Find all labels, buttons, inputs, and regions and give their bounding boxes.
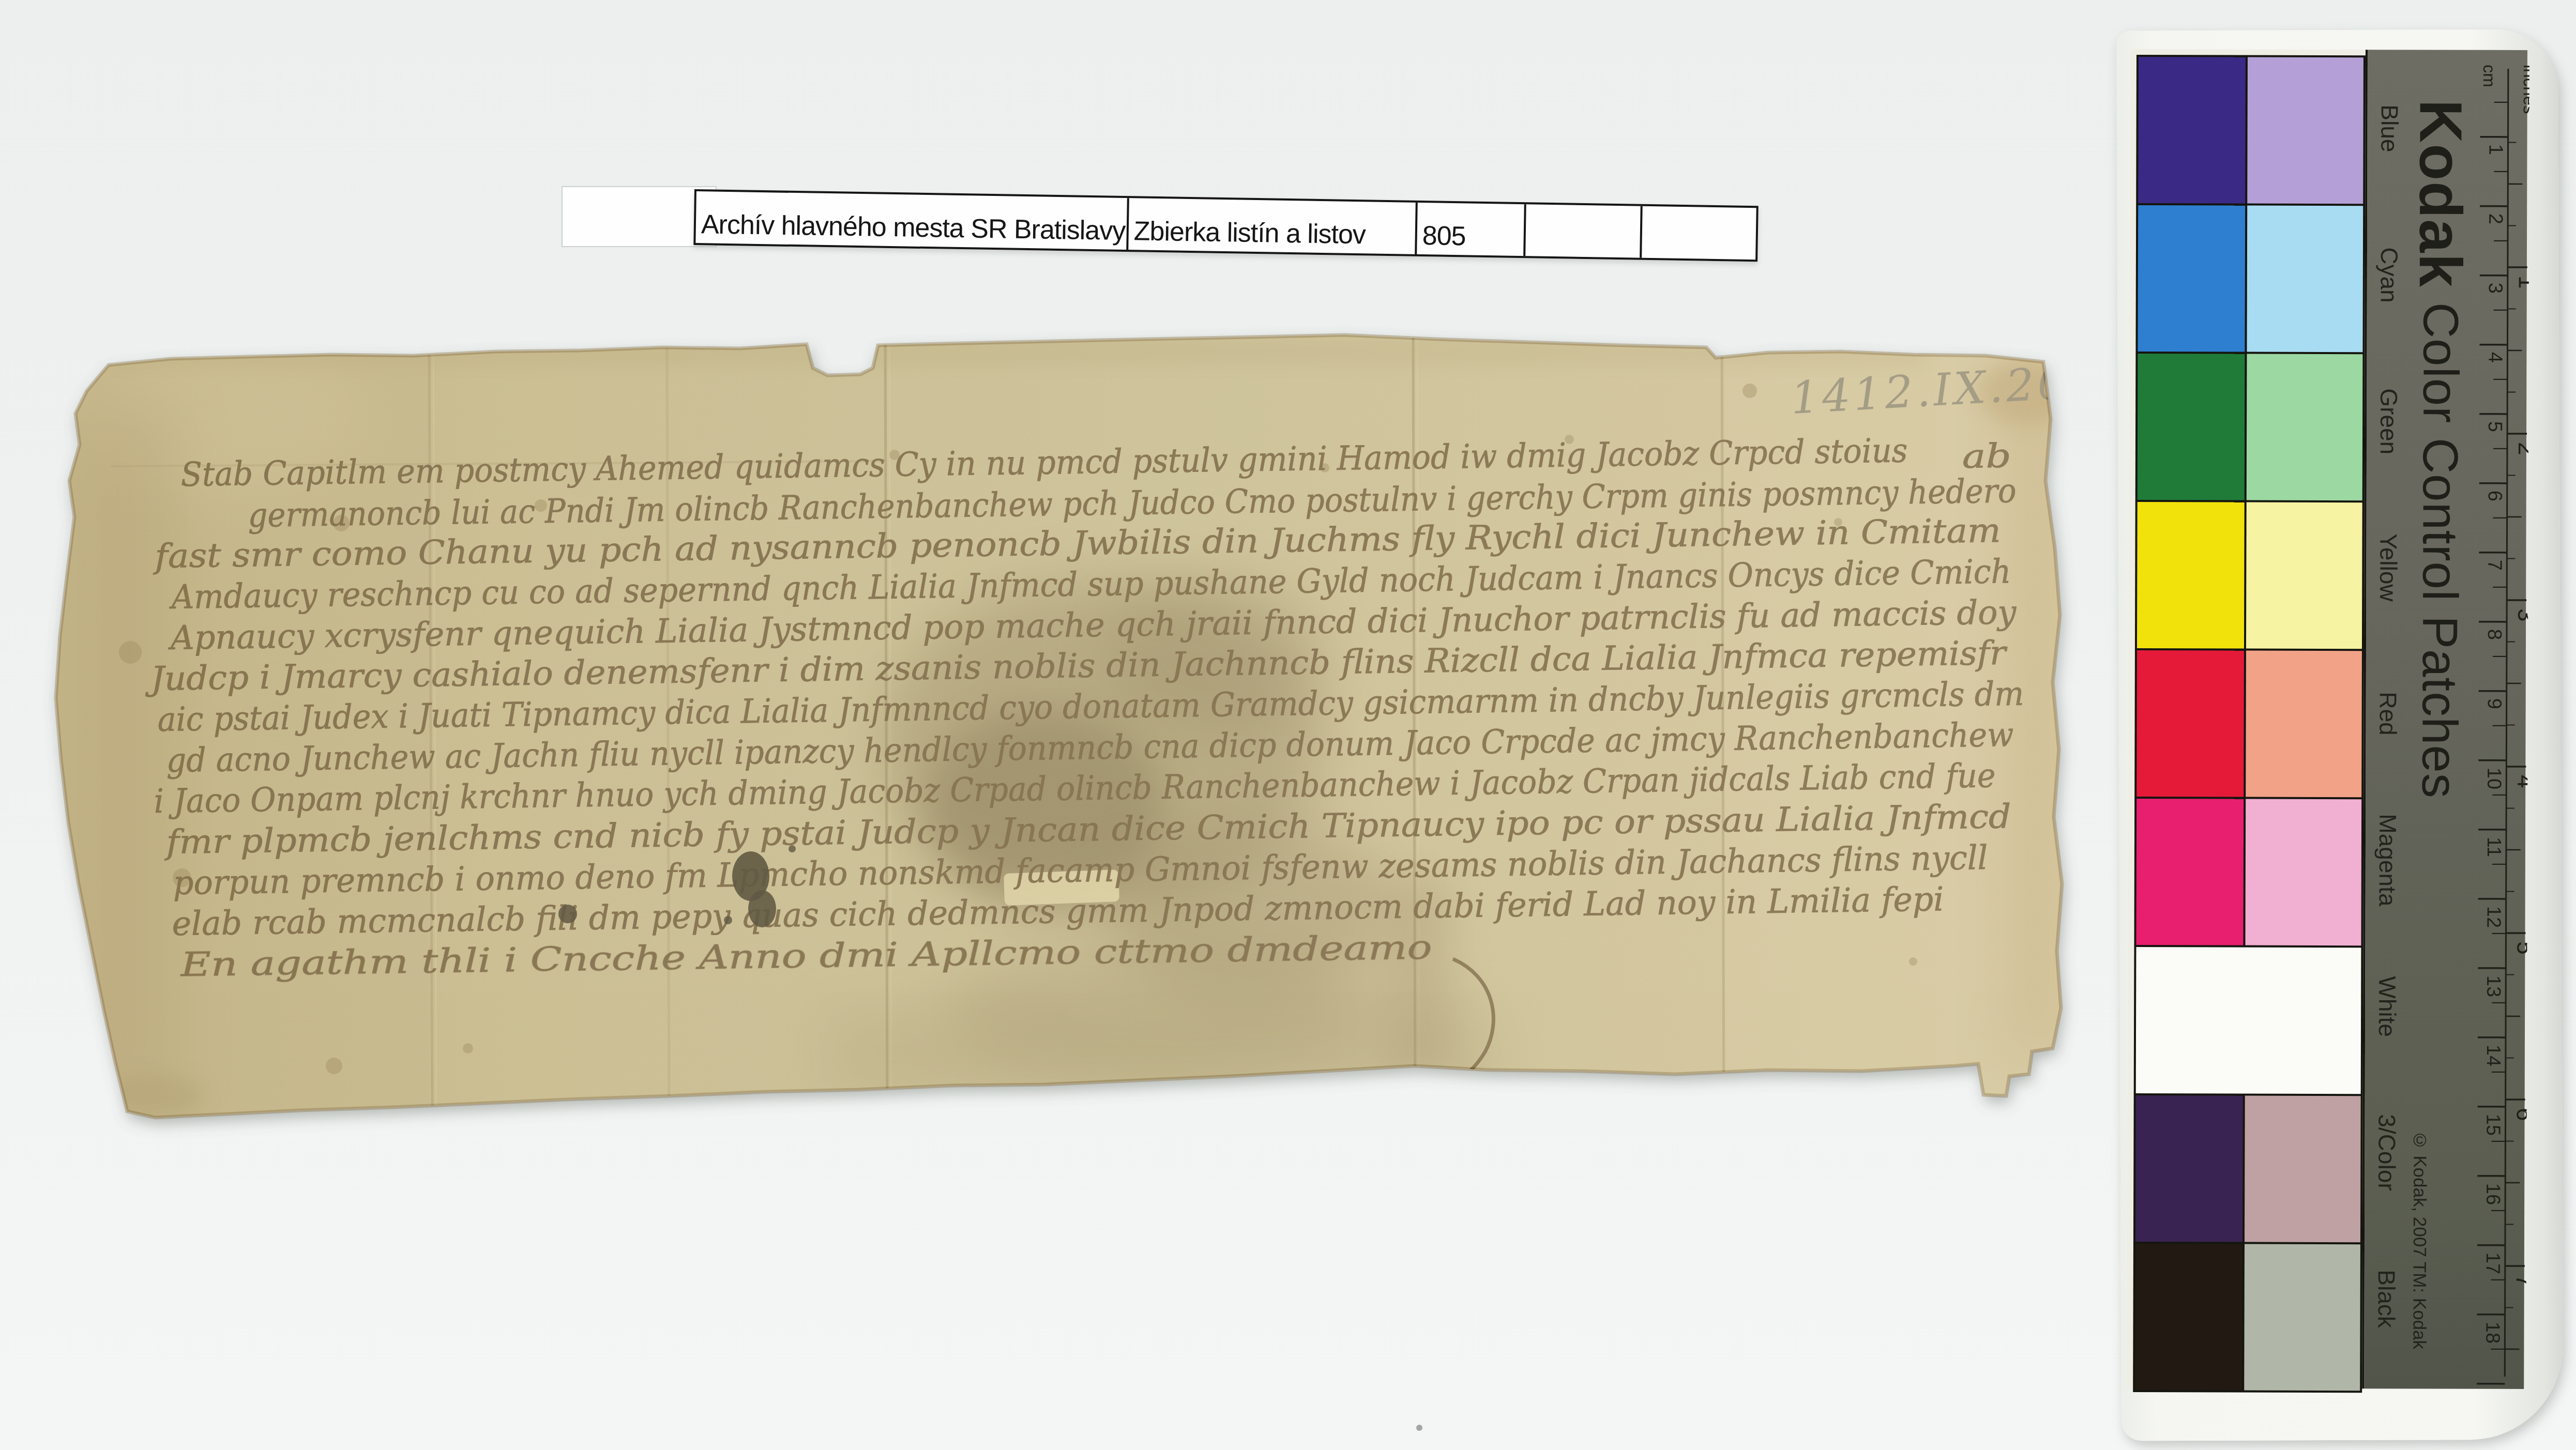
swatch-3-color-dark (2135, 1095, 2243, 1242)
cm-number-6: 6 (2484, 491, 2506, 501)
swatch-yellow-light (2246, 502, 2362, 649)
swatch-cyan-dark (2138, 205, 2245, 352)
swatch-green-light (2247, 354, 2363, 501)
ruler: 12345678910111213141516171819cm12345678i… (2364, 50, 2529, 1389)
cm-number-4: 4 (2484, 352, 2506, 363)
ruler-strip: BlueCyanGreenYellowRedMagentaWhite3/Colo… (2362, 50, 2527, 1389)
inch-number-2: 2 (2513, 442, 2529, 455)
cm-number-3: 3 (2484, 283, 2506, 294)
swatch-black-dark (2135, 1244, 2242, 1391)
cm-number-2: 2 (2484, 213, 2506, 224)
scanned-archival-photograph: Archív hlavného mesta SR Bratislavy Zbie… (0, 0, 2576, 1450)
cm-number-11: 11 (2483, 837, 2505, 858)
swatch-red-dark (2136, 650, 2244, 797)
swatch-blue-light (2247, 57, 2363, 204)
cm-number-18: 18 (2481, 1322, 2503, 1344)
inches-unit-label: inches (2520, 65, 2529, 114)
kodak-color-control-card: BlueCyanGreenYellowRedMagentaWhite3/Colo… (2127, 49, 2527, 1389)
swatch-black-light (2244, 1244, 2360, 1391)
swatch-red-light (2246, 651, 2362, 798)
cm-number-14: 14 (2482, 1045, 2504, 1066)
swatch-green-dark (2138, 354, 2245, 500)
swatch-magenta-light (2245, 799, 2361, 946)
cm-number-8: 8 (2483, 629, 2505, 640)
cm-number-16: 16 (2482, 1183, 2504, 1205)
color-swatch-grid (2133, 55, 2366, 1393)
cm-number-10: 10 (2483, 768, 2505, 789)
cm-number-9: 9 (2483, 698, 2505, 709)
swatch-white (2136, 947, 2361, 1094)
swatch-3-color-light (2245, 1096, 2361, 1243)
cm-number-5: 5 (2484, 421, 2506, 432)
swatch-yellow-dark (2137, 502, 2245, 649)
cm-number-7: 7 (2483, 560, 2505, 571)
cm-number-13: 13 (2482, 975, 2504, 997)
cm-number-17: 17 (2482, 1253, 2504, 1274)
dust-speck (1416, 1425, 1422, 1431)
inch-number-3: 3 (2513, 608, 2529, 622)
inch-number-4: 4 (2512, 775, 2529, 788)
cm-unit-label: cm (2480, 65, 2499, 87)
cm-number-1: 1 (2484, 144, 2506, 155)
swatch-magenta-dark (2136, 799, 2244, 945)
ruler-baseline (2505, 69, 2508, 1377)
swatch-blue-dark (2138, 57, 2246, 204)
inch-number-1: 1 (2514, 276, 2529, 289)
inch-number-5: 5 (2512, 941, 2529, 955)
cm-number-12: 12 (2483, 906, 2505, 928)
cm-number-15: 15 (2482, 1114, 2504, 1136)
swatch-cyan-light (2247, 206, 2363, 353)
